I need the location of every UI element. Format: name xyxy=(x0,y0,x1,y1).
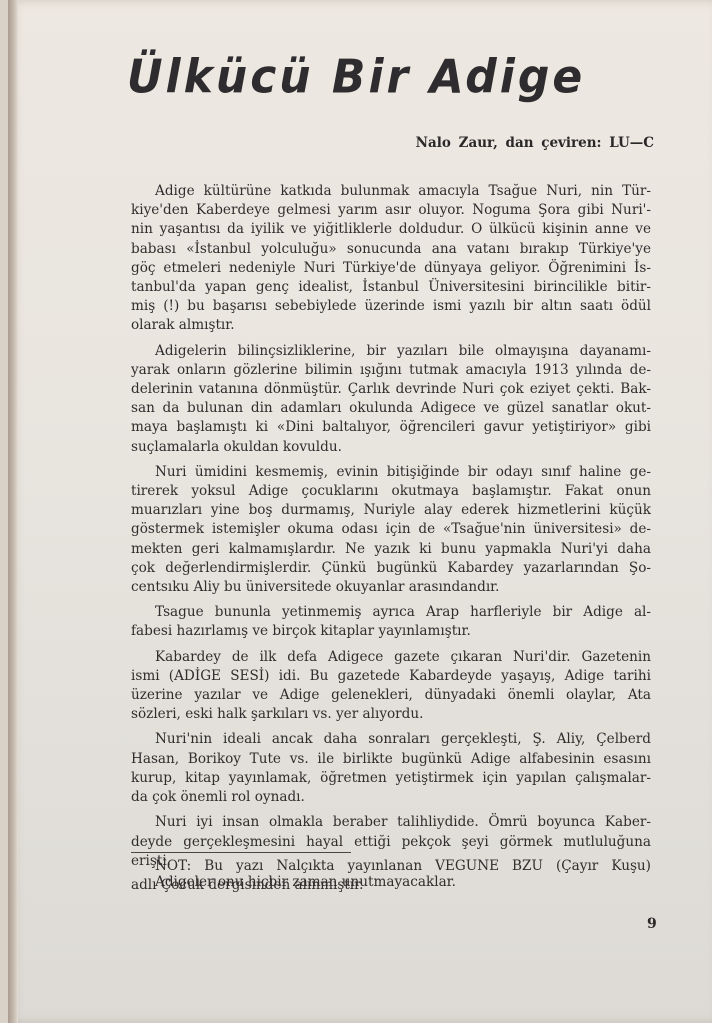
text-line: da çok önemli rol oynadı. xyxy=(131,788,651,807)
text-line: çok değerlendirmişlerdir. Çünkü bugünkü … xyxy=(131,559,651,578)
paragraph: Nuri'nin ideali ancak daha sonraları ger… xyxy=(131,730,651,807)
article-body: Adige kültürüne katkıda bulunmak amacıyl… xyxy=(131,182,651,898)
text-line: Kabardey de ilk defa Adigece gazete çıka… xyxy=(131,648,651,667)
text-line: Hasan, Borikoy Tute vs. ile birlikte bug… xyxy=(131,750,651,769)
text-line: maya başlamıştı ki «Dini baltalıyor, öğr… xyxy=(131,418,651,437)
text-line: deyde gerçekleşmesini hayal ettiği pekço… xyxy=(131,833,651,852)
text-line: Adigelerin bilinçsizliklerine, bir yazıl… xyxy=(131,342,651,361)
text-line: adlı Çocuk dergisinden alınmıştır. xyxy=(131,876,651,895)
paragraph: Tsague bununla yetinmemiş ayrıca Arap ha… xyxy=(131,603,651,641)
text-line: Tsague bununla yetinmemiş ayrıca Arap ha… xyxy=(131,603,651,622)
text-line: Nuri ümidini kesmemiş, evinin bitişiğind… xyxy=(131,463,651,482)
text-line: fabesi hazırlamış ve birçok kitaplar yay… xyxy=(131,622,651,641)
text-line: mekten geri kalmamışlardır. Ne yazık ki … xyxy=(131,540,651,559)
text-line: göstermek istemişler okuma odası için de… xyxy=(131,520,651,539)
text-line: kiye'den Kaberdeye gelmesi yarım asır ol… xyxy=(131,201,651,220)
footnote-divider xyxy=(131,852,351,853)
page-binding-edge xyxy=(8,0,18,1023)
page-number: 9 xyxy=(647,916,657,932)
text-line: miş (!) bu başarısı sebebiylede üzerinde… xyxy=(131,297,651,316)
text-line: yarak onların gözlerine bilimin ışığını … xyxy=(131,361,651,380)
text-line: Nuri iyi insan olmakla beraber talihliyd… xyxy=(131,813,651,832)
paragraph: Adige kültürüne katkıda bulunmak amacıyl… xyxy=(131,182,651,336)
text-line: nin yaşantısı da iyilik ve yiğitliklerle… xyxy=(131,220,651,239)
text-line: sözleri, eski halk şarkıları vs. yer alı… xyxy=(131,705,651,724)
text-line: suçlamalarla okuldan kovuldu. xyxy=(131,438,651,457)
text-line: tirerek yoksul Adige çocuklarını okutmay… xyxy=(131,482,651,501)
article-byline: Nalo Zaur, dan çeviren: LU—C xyxy=(416,135,654,151)
text-line: üzerine yazılar ve Adige gelenekleri, dü… xyxy=(131,686,651,705)
text-line: göç etmeleri nedeniyle Nuri Türkiye'de d… xyxy=(131,259,651,278)
text-line: olarak almıştır. xyxy=(131,316,651,335)
text-line: muarızları yine boş durmamış, Nuriyle al… xyxy=(131,501,651,520)
text-line: babası «İstanbul yolculuğu» sonucunda an… xyxy=(131,240,651,259)
article-title: Ülkücü Bir Adige xyxy=(0,51,712,105)
text-line: ismi (ADİGE SESİ) idi. Bu gazetede Kabar… xyxy=(131,667,651,686)
paragraph: Kabardey de ilk defa Adigece gazete çıka… xyxy=(131,648,651,725)
text-line: centsıku Aliy bu üniversitede okuyanlar … xyxy=(131,578,651,597)
paragraph: Nuri ümidini kesmemiş, evinin bitişiğind… xyxy=(131,463,651,597)
text-line: NOT: Bu yazı Nalçıkta yayınlanan VEGUNE … xyxy=(131,857,651,876)
text-line: tanbul'da yapan genç idealist, İstanbul … xyxy=(131,278,651,297)
text-line: Nuri'nin ideali ancak daha sonraları ger… xyxy=(131,730,651,749)
text-line: kurup, kitap yayınlamak, öğretmen yetişt… xyxy=(131,769,651,788)
text-line: san da bulunan din adamları okulunda Adi… xyxy=(131,399,651,418)
text-line: Adige kültürüne katkıda bulunmak amacıyl… xyxy=(131,182,651,201)
footnote: NOT: Bu yazı Nalçıkta yayınlanan VEGUNE … xyxy=(131,857,651,895)
paragraph: Adigelerin bilinçsizliklerine, bir yazıl… xyxy=(131,342,651,457)
text-line: delerinin vatanına dönmüştür. Çarlık dev… xyxy=(131,380,651,399)
